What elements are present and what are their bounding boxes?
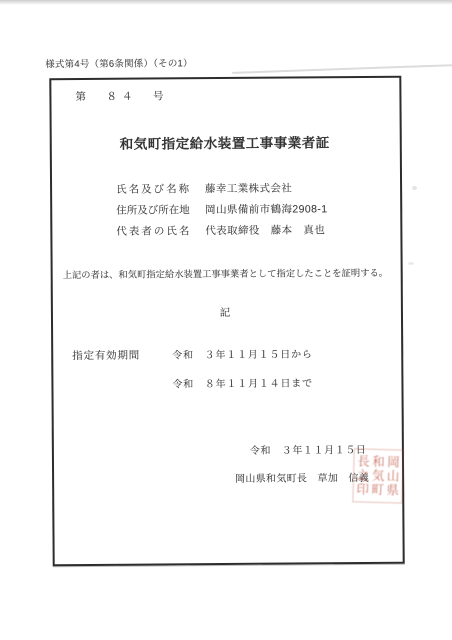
validity-period-label: 指定有効期間: [72, 348, 140, 363]
recipient-name-row: 氏名及び名称 藤幸工業株式会社: [116, 180, 327, 202]
recipient-address-label: 住所及び所在地: [116, 202, 189, 218]
form-number-note: 様式第4号（第6条関係）（その1）: [45, 55, 193, 70]
validity-start-date: 令和 ３年１１月１５日から: [172, 345, 313, 361]
official-red-seal-stamp: 岡山県 和気町 長之印: [352, 448, 403, 503]
seal-glyph-column: 和気町: [371, 455, 386, 497]
recipient-info-block: 氏名及び名称 藤幸工業株式会社 住所及び所在地 岡山県備前市鶴海2908-1 代…: [116, 180, 328, 244]
recipient-representative-value: 代表取締役 藤本 真也: [205, 222, 325, 238]
certification-statement: 上記の者は、和気町指定給水装置工事事業者として指定したことを証明する。: [63, 265, 388, 281]
seal-glyph-column: 長之印: [356, 454, 371, 496]
seal-glyph-column: 岡山県: [386, 455, 401, 497]
recipient-representative-label: 代表者の氏名: [116, 223, 189, 239]
validity-end-date: 令和 ８年１１月１４日まで: [172, 374, 313, 390]
issuer-name: 岡山県和気町長 草加 信義: [235, 469, 369, 485]
recipient-name-label: 氏名及び名称: [116, 181, 189, 197]
scanned-certificate-page: 様式第4号（第6条関係）（その1） 第 ８４ 号 和気町指定給水装置工事事業者証…: [0, 0, 452, 640]
recipient-representative-row: 代表者の氏名 代表取締役 藤本 真也: [116, 222, 327, 244]
issue-date: 令和 ３年１１月１５日: [250, 441, 367, 457]
certificate-sheet: 様式第4号（第6条関係）（その1） 第 ８４ 号 和気町指定給水装置工事事業者証…: [0, 0, 452, 640]
recipient-address-value: 岡山県備前市鶴海2908-1: [205, 201, 327, 217]
section-marker-ki: 記: [0, 303, 452, 321]
certificate-number: 第 ８４ 号: [75, 88, 168, 104]
recipient-address-row: 住所及び所在地 岡山県備前市鶴海2908-1: [116, 201, 327, 223]
recipient-name-value: 藤幸工業株式会社: [205, 181, 292, 197]
certificate-title: 和気町指定給水装置工事事業者証: [0, 130, 451, 153]
